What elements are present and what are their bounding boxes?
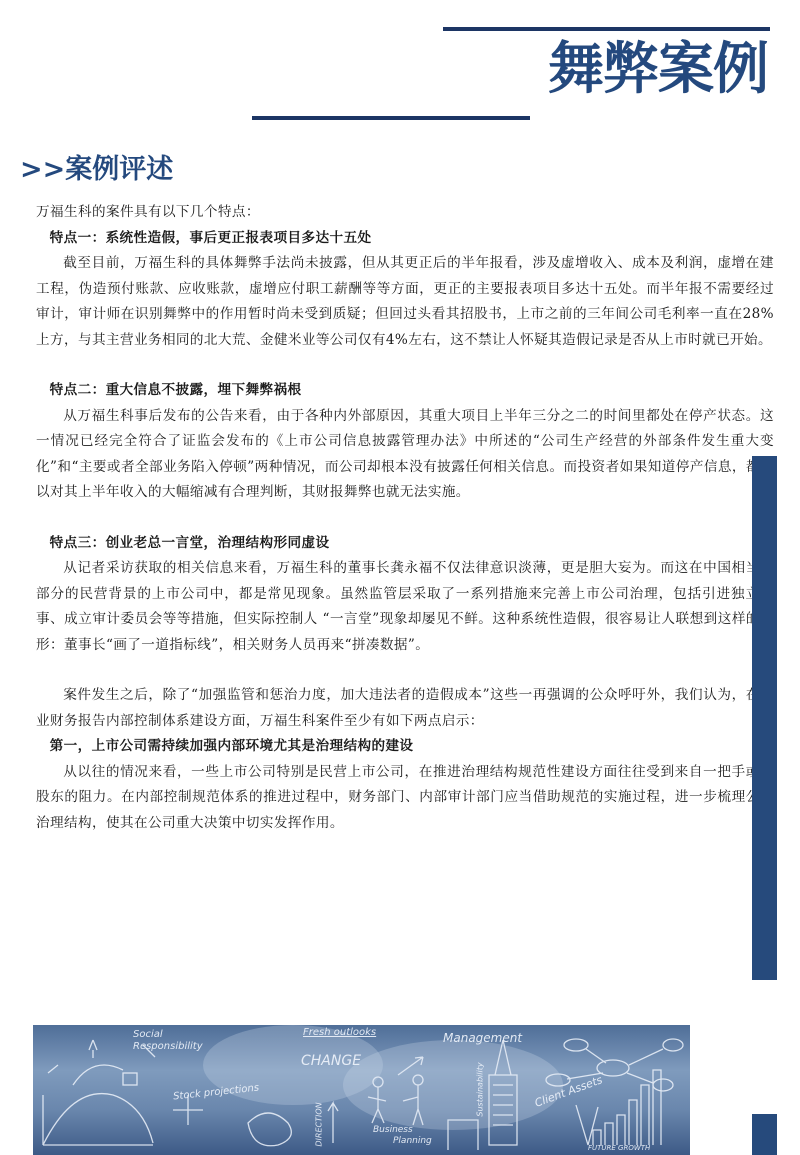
article-body: 万福生科的案件具有以下几个特点： 特点一：系统性造假，事后更正报表项目多达十五处… — [36, 200, 774, 836]
point-1-title: 第一，上市公司需持续加强内部环境尤其是治理结构的建设 — [36, 734, 774, 760]
feature-2-body: 从万福生科事后发布的公告来看，由于各种内外部原因，其重大项目上半年三分之二的时间… — [36, 404, 774, 506]
banner-label-change: CHANGE — [301, 1053, 361, 1069]
header-bottom-rule — [252, 116, 530, 120]
feature-1-title: 特点一：系统性造假，事后更正报表项目多达十五处 — [36, 226, 774, 252]
banner-label-direction: DIRECTION — [315, 1102, 324, 1146]
feature-2-title: 特点二：重大信息不披露，埋下舞弊祸根 — [36, 378, 774, 404]
business-chalk-banner: Social Responsibility Fresh outlooks Man… — [33, 1025, 690, 1155]
banner-label-social: Social — [133, 1029, 163, 1040]
banner-label-management: Management — [443, 1031, 522, 1045]
banner-label-growth: FUTURE GROWTH — [588, 1144, 650, 1152]
header-top-rule — [443, 27, 770, 31]
conclusion-paragraph: 案件发生之后，除了“加强监管和惩治力度，加大违法者的造假成本”这些一再强调的公众… — [36, 683, 774, 734]
spacer — [36, 353, 774, 378]
section-heading: >>案例评述 — [20, 152, 173, 188]
feature-1-body: 截至目前，万福生科的具体舞弊手法尚未披露，但从其更正后的半年报看，涉及虚增收入、… — [36, 251, 774, 353]
banner-label-responsibility: Responsibility — [133, 1041, 203, 1052]
page-title: 舞弊案例 — [528, 34, 768, 106]
banner-label-planning: Planning — [393, 1136, 432, 1146]
side-accent-bar-bottom — [752, 1114, 777, 1155]
banner-label-business: Business — [373, 1125, 413, 1135]
banner-label-sustainability: Sustainability — [476, 1062, 485, 1116]
side-accent-bar — [752, 456, 777, 980]
intro-paragraph: 万福生科的案件具有以下几个特点： — [36, 200, 774, 226]
point-1-body: 从以往的情况来看，一些上市公司特别是民营上市公司，在推进治理结构规范性建设方面往… — [36, 760, 774, 837]
spacer — [36, 658, 774, 683]
feature-3-body: 从记者采访获取的相关信息来看，万福生科的董事长龚永福不仅法律意识淡薄，更是胆大妄… — [36, 556, 774, 658]
spacer — [36, 506, 774, 531]
feature-3-title: 特点三：创业老总一言堂，治理结构形同虚设 — [36, 531, 774, 557]
banner-label-fresh: Fresh outlooks — [303, 1027, 376, 1038]
